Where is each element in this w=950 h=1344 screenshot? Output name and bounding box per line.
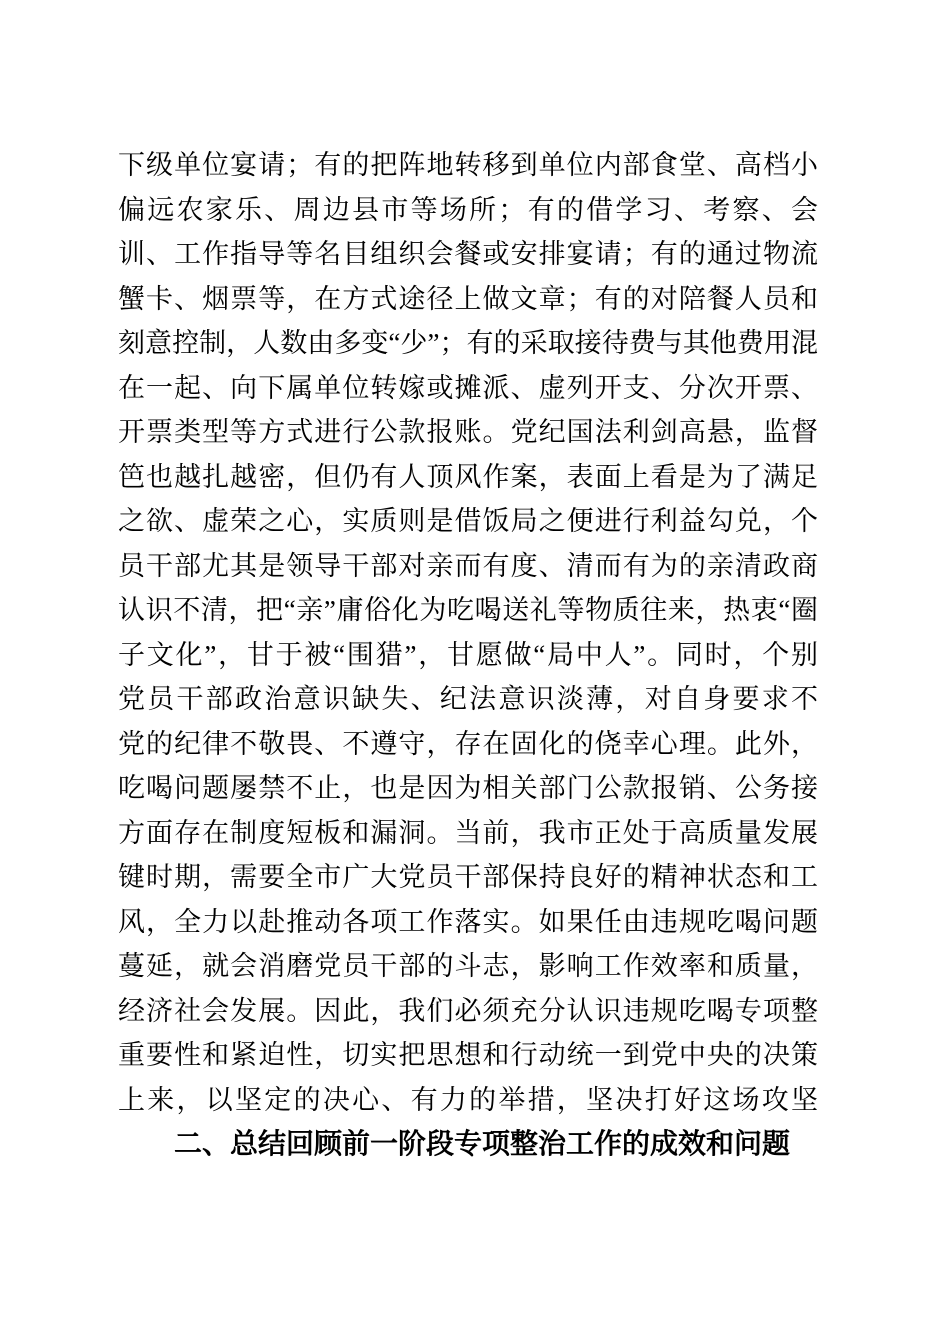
paragraph-line: 蟹卡、烟票等，在方式途径上做文章；有的对陪餐人员和人数 bbox=[118, 277, 818, 322]
paragraph-line: 子文化”，甘于被“围猎”，甘愿做“局中人”。同时，个别 bbox=[118, 633, 818, 678]
paragraph-line: 方面存在制度短板和漏洞。当前，我市正处于高质量发展的关 bbox=[118, 811, 818, 856]
paragraph-line: 在一起、向下属单位转嫁或摊派、虚列开支、分次开票、改变 bbox=[118, 366, 818, 411]
paragraph-line: 党员干部政治意识缺失、纪法意识淡薄，对自身要求不高，对 bbox=[118, 677, 818, 722]
paragraph-line: 蔓延，就会消磨党员干部的斗志，影响工作效率和质量，阻碍 bbox=[118, 944, 818, 989]
paragraph-line: 刻意控制，人数由多变“少”；有的采取接待费与其他费用混 bbox=[118, 321, 818, 366]
document-page: 下级单位宴请；有的把阵地转移到单位内部食堂、高档小区、偏远农家乐、周边县市等场所… bbox=[0, 0, 950, 1344]
paragraph-line: 风，全力以赴推动各项工作落实。如果任由违规吃喝问题滋生 bbox=[118, 900, 818, 945]
paragraph-line: 党的纪律不敬畏、不遵守，存在固化的侥幸心理。此外，违规 bbox=[118, 722, 818, 767]
paragraph-line: 经济社会发展。因此，我们必须充分认识违规吃喝专项整治的 bbox=[118, 989, 818, 1034]
paragraph-line: 开票类型等方式进行公款报账。党纪国法利剑高悬，监督的篱 bbox=[118, 410, 818, 455]
paragraph-line: 上来，以坚定的决心、有力的举措，坚决打好这场攻坚战。 bbox=[118, 1078, 818, 1123]
paragraph-line: 认识不清，把“亲”庸俗化为吃喝送礼等物质往来，热衷“圈 bbox=[118, 588, 818, 633]
paragraph-line: 重要性和紧迫性，切实把思想和行动统一到党中央的决策部署 bbox=[118, 1033, 818, 1078]
paragraph-line: 下级单位宴请；有的把阵地转移到单位内部食堂、高档小区、 bbox=[118, 143, 818, 188]
paragraph-line: 员干部尤其是领导干部对亲而有度、清而有为的亲清政商关系 bbox=[118, 544, 818, 589]
paragraph-line: 笆也越扎越密，但仍有人顶风作案，表面上看是为了满足口腹 bbox=[118, 455, 818, 500]
paragraph-line: 偏远农家乐、周边县市等场所；有的借学习、考察、会议、培 bbox=[118, 188, 818, 233]
paragraph-line: 之欲、虚荣之心，实质则是借饭局之便进行利益勾兑，个别党 bbox=[118, 499, 818, 544]
section-heading: 二、总结回顾前一阶段专项整治工作的成效和问题 bbox=[118, 1122, 818, 1167]
document-text-block: 下级单位宴请；有的把阵地转移到单位内部食堂、高档小区、偏远农家乐、周边县市等场所… bbox=[118, 143, 818, 1167]
body-paragraph: 下级单位宴请；有的把阵地转移到单位内部食堂、高档小区、偏远农家乐、周边县市等场所… bbox=[118, 143, 818, 1122]
paragraph-line: 训、工作指导等名目组织会餐或安排宴请；有的通过物流快递、 bbox=[118, 232, 818, 277]
paragraph-line: 吃喝问题屡禁不止，也是因为相关部门公款报销、公务接待等 bbox=[118, 766, 818, 811]
paragraph-line: 键时期，需要全市广大党员干部保持良好的精神状态和工作作 bbox=[118, 855, 818, 900]
